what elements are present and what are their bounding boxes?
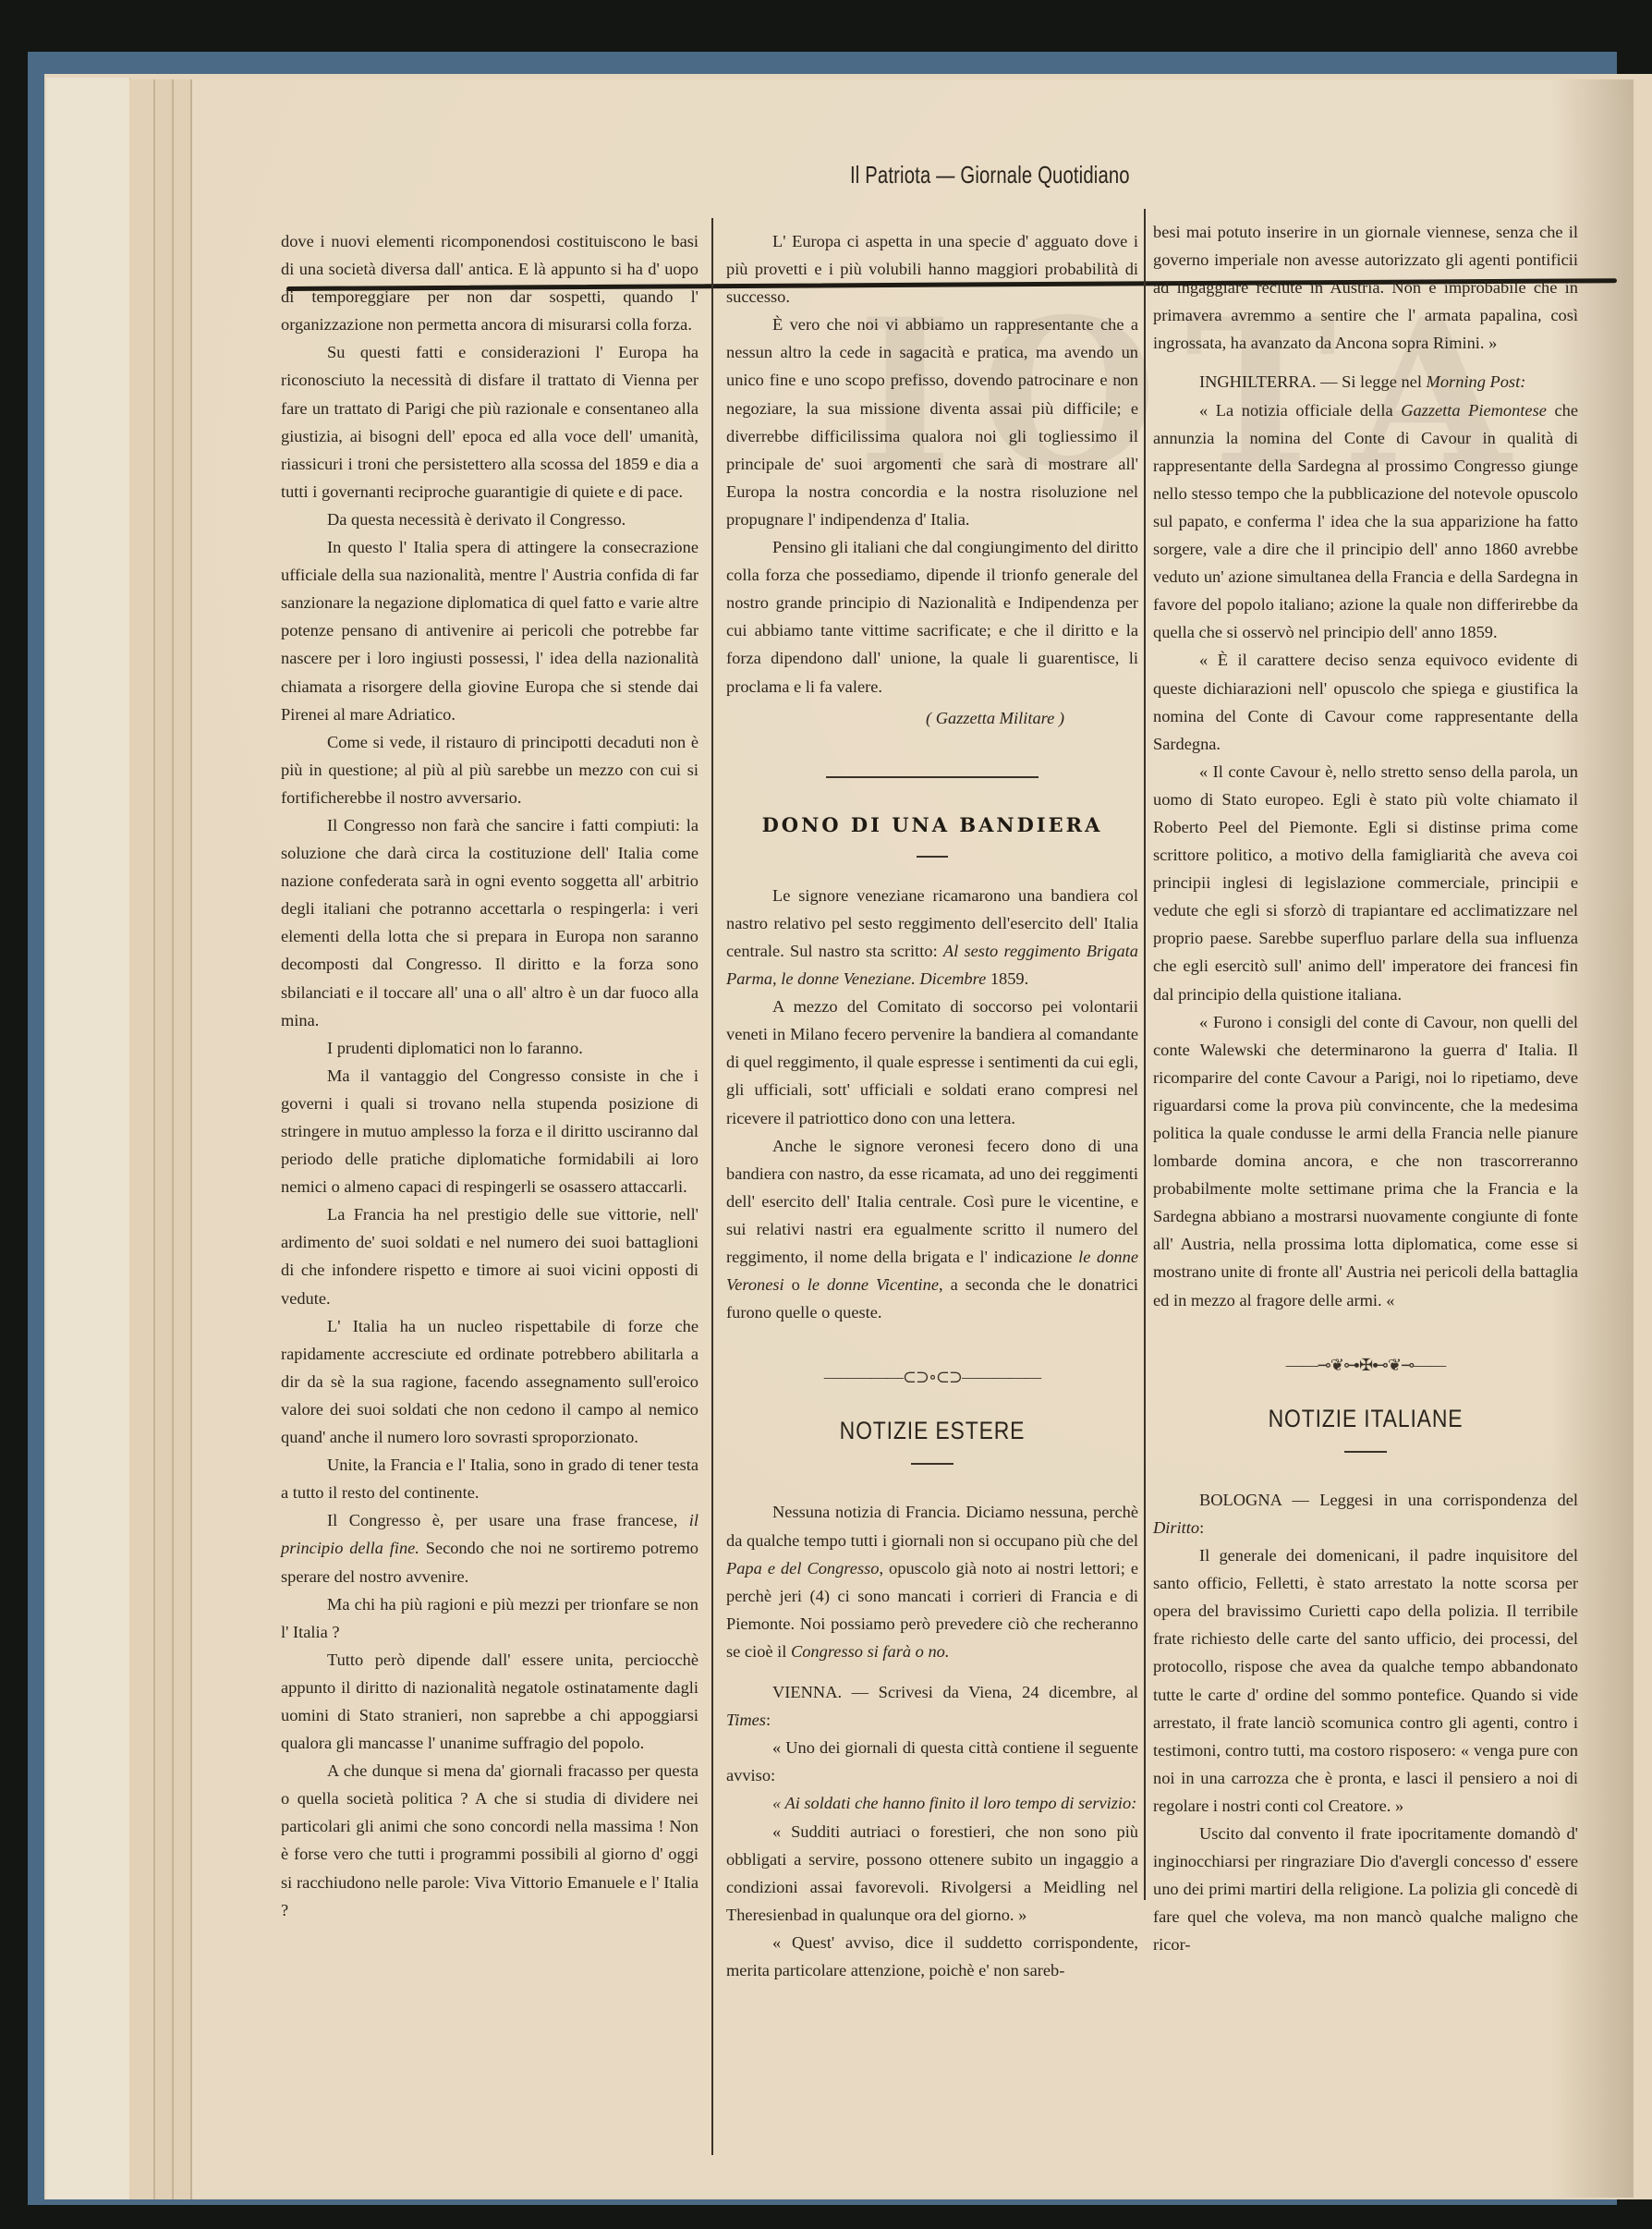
column-3: besi mai potuto inserire in un giornale … — [1153, 218, 1578, 1958]
text: BOLOGNA — Leggesi in una corrispondenza … — [1199, 1491, 1578, 1509]
italic-phrase: Papa e del Congresso — [726, 1559, 879, 1577]
paragraph: Pensino gli italiani che dal congiungime… — [726, 533, 1138, 700]
separator-line — [826, 776, 1039, 778]
text: Anche le signore veronesi fecero dono di… — [726, 1137, 1138, 1266]
ornament-divider: —————⊂⊃∘⊂⊃————— — [726, 1363, 1138, 1391]
newspaper-page: IOTA Il Patriota — Giornale Quotidiano d… — [192, 79, 1634, 2198]
text: : — [1199, 1518, 1204, 1537]
column-2: L' Europa ci aspetta in una specie d' ag… — [726, 227, 1138, 1984]
paragraph: VIENNA. — Scrivesi da Viena, 24 dicembre… — [726, 1678, 1138, 1734]
paragraph: « Il conte Cavour è, nello stretto senso… — [1153, 758, 1578, 1008]
column-divider — [711, 218, 713, 2155]
running-header: Il Patriota — Giornale Quotidiano — [286, 161, 1617, 216]
paragraph: « La notizia officiale della Gazzetta Pi… — [1153, 396, 1578, 647]
paragraph: « Quest' avviso, dice il suddetto corris… — [726, 1929, 1138, 1984]
paragraph: Unite, la Francia e l' Italia, sono in g… — [281, 1451, 698, 1506]
italic-phrase: Gazzetta Piemontese — [1401, 401, 1547, 420]
title-dash — [1344, 1451, 1387, 1453]
title-dash — [917, 856, 948, 858]
paragraph: Le signore veneziane ricamarono una band… — [726, 882, 1138, 993]
paragraph: La Francia ha nel prestigio delle sue vi… — [281, 1200, 698, 1311]
text: o — [784, 1275, 808, 1294]
paragraph: « È il carattere deciso senza equivoco e… — [1153, 646, 1578, 757]
newspaper-title: Il Patriota — Giornale Quotidiano — [850, 161, 1130, 189]
paragraph: Ma chi ha più ragioni e più mezzi per tr… — [281, 1590, 698, 1646]
paragraph: Ma il vantaggio del Congresso consiste i… — [281, 1062, 698, 1200]
paragraph: Uscito dal convento il frate ipocritamen… — [1153, 1820, 1578, 1958]
column-1: dove i nuovi elementi ricomponendosi cos… — [281, 227, 698, 1924]
paragraph: L' Europa ci aspetta in una specie d' ag… — [726, 227, 1138, 311]
paragraph: In questo l' Italia spera di attingere l… — [281, 533, 698, 728]
paragraph: « Uno dei giornali di questa città conti… — [726, 1734, 1138, 1789]
paragraph: Su questi fatti e considerazioni l' Euro… — [281, 338, 698, 505]
article-source: ( Gazzetta Militare ) — [726, 704, 1138, 732]
paragraph: Il Congresso è, per usare una frase fran… — [281, 1506, 698, 1590]
paragraph: A che dunque si mena da' giornali fracas… — [281, 1757, 698, 1924]
paragraph: Da questa necessità è derivato il Congre… — [281, 505, 698, 533]
paragraph: Il Congresso non farà che sancire i fatt… — [281, 811, 698, 1034]
flyleaf — [46, 78, 130, 2199]
section-title-dono: DONO DI UNA BANDIERA — [726, 811, 1138, 839]
text: VIENNA. — Scrivesi da Viena, 24 dicembre… — [772, 1683, 1138, 1701]
paragraph: Nessuna notizia di Francia. Diciamo ness… — [726, 1498, 1138, 1665]
paragraph: Anche le signore veronesi fecero dono di… — [726, 1132, 1138, 1327]
paragraph: L' Italia ha un nucleo rispettabile di f… — [281, 1312, 698, 1451]
paragraph: I prudenti diplomatici non lo faranno. — [281, 1034, 698, 1062]
italic-phrase: Times — [726, 1711, 766, 1729]
text: Nessuna notizia di Francia. Diciamo ness… — [726, 1503, 1138, 1549]
paragraph: « Ai soldati che hanno finito il loro te… — [726, 1789, 1138, 1817]
section-title-estere: NOTIZIE ESTERE — [757, 1417, 1107, 1444]
paragraph: « Furono i consigli del conte di Cavour,… — [1153, 1008, 1578, 1314]
italic-phrase: « Ai soldati che hanno finito il loro te… — [772, 1794, 1136, 1812]
italic-phrase: Diritto — [1153, 1518, 1199, 1537]
text: Il Congresso è, per usare una frase fran… — [327, 1511, 689, 1529]
italic-phrase: Congresso si farà o no. — [791, 1642, 950, 1661]
paragraph: È vero che noi vi abbiamo un rappresenta… — [726, 311, 1138, 533]
paragraph: dove i nuovi elementi ricomponendosi cos… — [281, 227, 698, 338]
italic-phrase: le donne Vicentine — [808, 1275, 939, 1294]
paragraph: Il generale dei domenicani, il padre inq… — [1153, 1541, 1578, 1820]
paragraph: Come si vede, il ristauro di principotti… — [281, 728, 698, 811]
title-dash — [911, 1463, 954, 1465]
paragraph: Tutto però dipende dall' essere unita, p… — [281, 1646, 698, 1757]
text: : — [766, 1711, 771, 1729]
paragraph: « Sudditi autriaci o forestieri, che non… — [726, 1818, 1138, 1929]
paragraph: besi mai potuto inserire in un giornale … — [1153, 218, 1578, 357]
column-divider — [1144, 209, 1146, 1900]
text: 1859. — [986, 969, 1028, 988]
paragraph: A mezzo del Comitato di soccorso pei vol… — [726, 993, 1138, 1131]
page-folds — [129, 79, 194, 2199]
text: INGHILTERRA. — Si legge nel — [1199, 372, 1427, 391]
ornament-divider: ——⊸❦⊶✠⊷❦⊸—— — [1153, 1351, 1578, 1379]
italic-phrase: Morning Post: — [1427, 372, 1526, 391]
section-title-italiane: NOTIZIE ITALIANE — [1185, 1405, 1547, 1432]
paragraph: BOLOGNA — Leggesi in una corrispondenza … — [1153, 1486, 1578, 1541]
paragraph: INGHILTERRA. — Si legge nel Morning Post… — [1153, 368, 1578, 396]
text: che annunzia la nomina del Conte di Cavo… — [1153, 401, 1578, 642]
text: « La notizia officiale della — [1199, 401, 1401, 420]
